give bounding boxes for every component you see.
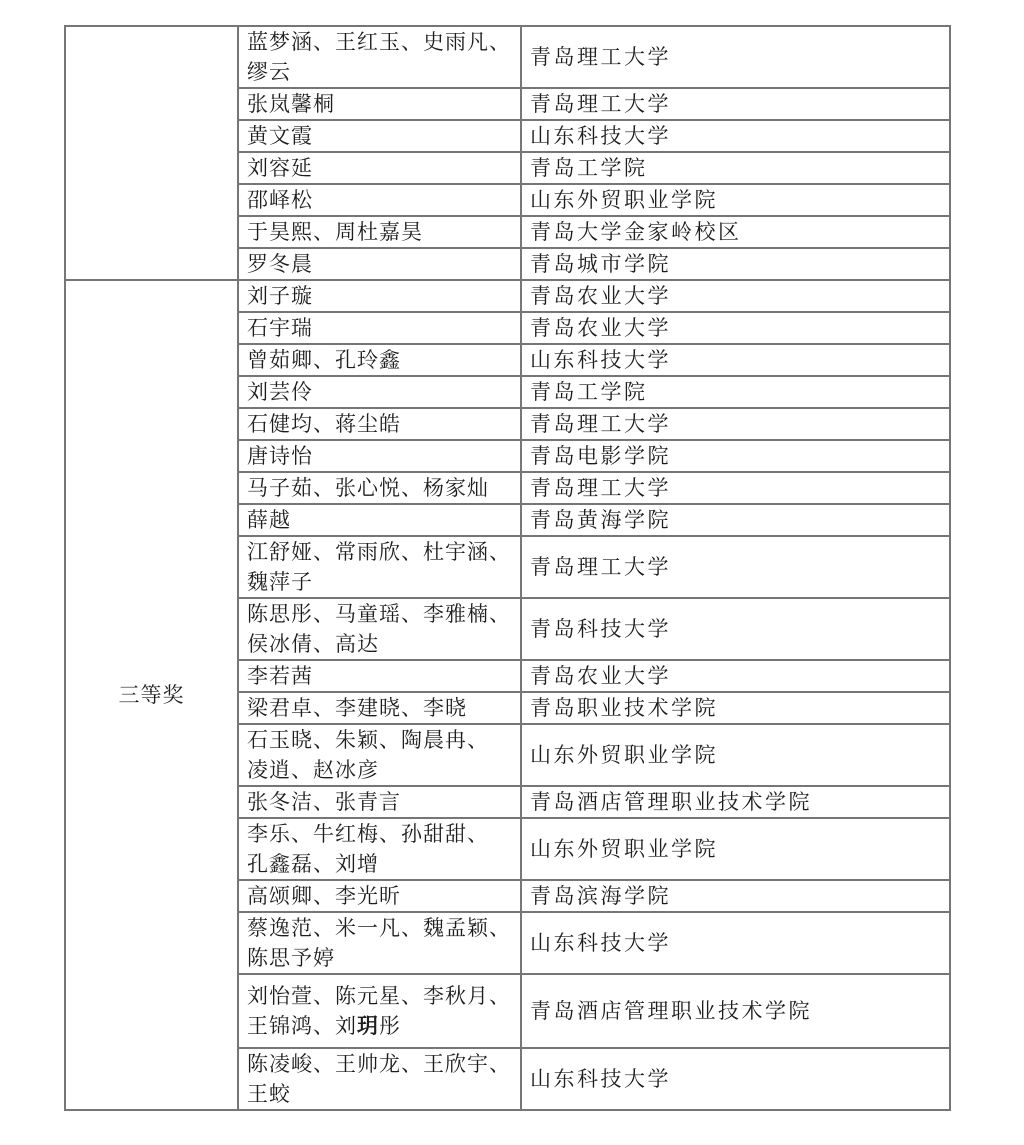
winner-names-cell: 梁君卓、李建晓、李晓 — [238, 692, 521, 724]
names-line: 梁君卓、李建晓、李晓 — [247, 696, 467, 720]
winner-names-cell: 黄文霞 — [238, 120, 521, 152]
names-line: 罗冬晨 — [247, 252, 313, 276]
school-cell: 山东外贸职业学院 — [521, 184, 950, 216]
names-line: 陈思予婷 — [247, 946, 335, 970]
winner-names-cell: 于昊熙、周杜嘉昊 — [238, 216, 521, 248]
school-cell: 青岛电影学院 — [521, 440, 950, 472]
award-level-label: 三等奖 — [119, 683, 185, 707]
names-line: 刘怡萱、陈元星、李秋月、 — [247, 984, 511, 1008]
names-line: 侯冰倩、高达 — [247, 632, 379, 656]
names-line: 孔鑫磊、刘增 — [247, 852, 379, 876]
school-cell: 青岛职业技术学院 — [521, 692, 950, 724]
school-cell: 青岛黄海学院 — [521, 504, 950, 536]
school-cell: 青岛工学院 — [521, 376, 950, 408]
winner-names-cell: 马子茹、张心悦、杨家灿 — [238, 472, 521, 504]
names-line: 于昊熙、周杜嘉昊 — [247, 220, 423, 244]
winner-names-cell: 江舒娅、常雨欣、杜宇涵、魏萍子 — [238, 536, 521, 598]
winner-names-cell: 曾茹卿、孔玲鑫 — [238, 344, 521, 376]
school-cell: 青岛城市学院 — [521, 248, 950, 280]
names-line: 缪云 — [247, 60, 291, 84]
winner-names-cell: 刘芸伶 — [238, 376, 521, 408]
names-line: 陈凌峻、王帅龙、王欣宇、 — [247, 1052, 511, 1076]
names-line: 刘容延 — [247, 156, 313, 180]
names-line: 邵峄松 — [247, 188, 313, 212]
names-line: 凌逍、赵冰彦 — [247, 758, 379, 782]
names-line: 李乐、牛红梅、孙甜甜、 — [247, 822, 489, 846]
names-line: 曾茹卿、孔玲鑫 — [247, 348, 401, 372]
winner-names-cell: 蓝梦涵、王红玉、史雨凡、缪云 — [238, 26, 521, 88]
winner-names-cell: 陈思彤、马童瑶、李雅楠、侯冰倩、高达 — [238, 598, 521, 660]
winner-names-cell: 薛越 — [238, 504, 521, 536]
winner-names-cell: 蔡逸范、米一凡、魏孟颖、陈思予婷 — [238, 912, 521, 974]
award-level-cell — [65, 26, 238, 280]
winner-names-cell: 石玉晓、朱颖、陶晨冉、凌逍、赵冰彦 — [238, 724, 521, 786]
school-cell: 青岛工学院 — [521, 152, 950, 184]
names-line: 蓝梦涵、王红玉、史雨凡、 — [247, 30, 511, 54]
winner-names-cell: 陈凌峻、王帅龙、王欣宇、王蛟 — [238, 1048, 521, 1110]
school-cell: 山东外贸职业学院 — [521, 724, 950, 786]
school-cell: 青岛农业大学 — [521, 660, 950, 692]
school-cell: 青岛农业大学 — [521, 280, 950, 312]
names-line: 石宇瑞 — [247, 316, 313, 340]
names-line: 刘子璇 — [247, 284, 313, 308]
winner-names-cell: 邵峄松 — [238, 184, 521, 216]
names-segment: 彤 — [379, 1014, 401, 1038]
school-cell: 青岛大学金家岭校区 — [521, 216, 950, 248]
table-row: 蓝梦涵、王红玉、史雨凡、缪云青岛理工大学 — [65, 26, 950, 88]
awards-table-body: 蓝梦涵、王红玉、史雨凡、缪云青岛理工大学张岚馨桐青岛理工大学黄文霞山东科技大学刘… — [65, 26, 950, 1110]
school-cell: 青岛滨海学院 — [521, 880, 950, 912]
names-line: 石健均、蒋尘皓 — [247, 412, 401, 436]
school-cell: 山东科技大学 — [521, 1048, 950, 1110]
school-cell: 青岛理工大学 — [521, 26, 950, 88]
school-cell: 青岛理工大学 — [521, 88, 950, 120]
school-cell: 青岛酒店管理职业技术学院 — [521, 974, 950, 1048]
school-cell: 青岛农业大学 — [521, 312, 950, 344]
winner-names-cell: 李乐、牛红梅、孙甜甜、孔鑫磊、刘增 — [238, 818, 521, 880]
names-line: 刘芸伶 — [247, 380, 313, 404]
names-line: 魏萍子 — [247, 570, 313, 594]
names-line: 唐诗怡 — [247, 444, 313, 468]
school-cell: 青岛理工大学 — [521, 408, 950, 440]
school-cell: 青岛理工大学 — [521, 536, 950, 598]
winner-names-cell: 高颂卿、李光昕 — [238, 880, 521, 912]
names-segment: 王锦鸿、刘 — [247, 1014, 357, 1038]
winner-names-cell: 石健均、蒋尘皓 — [238, 408, 521, 440]
school-cell: 山东科技大学 — [521, 912, 950, 974]
table-row: 三等奖刘子璇青岛农业大学 — [65, 280, 950, 312]
names-line: 陈思彤、马童瑶、李雅楠、 — [247, 602, 511, 626]
school-cell: 青岛理工大学 — [521, 472, 950, 504]
names-line: 江舒娅、常雨欣、杜宇涵、 — [247, 540, 511, 564]
names-line: 黄文霞 — [247, 124, 313, 148]
names-line: 王蛟 — [247, 1082, 291, 1106]
school-cell: 山东科技大学 — [521, 344, 950, 376]
names-line: 高颂卿、李光昕 — [247, 884, 401, 908]
school-cell: 山东外贸职业学院 — [521, 818, 950, 880]
names-line: 薛越 — [247, 508, 291, 532]
award-level-cell: 三等奖 — [65, 280, 238, 1110]
winner-names-cell: 唐诗怡 — [238, 440, 521, 472]
award-winners-table: 蓝梦涵、王红玉、史雨凡、缪云青岛理工大学张岚馨桐青岛理工大学黄文霞山东科技大学刘… — [64, 25, 951, 1111]
school-cell: 青岛科技大学 — [521, 598, 950, 660]
names-line: 张冬洁、张青言 — [247, 790, 401, 814]
winner-names-cell: 张岚馨桐 — [238, 88, 521, 120]
winner-names-cell: 刘子璇 — [238, 280, 521, 312]
winner-names-cell: 张冬洁、张青言 — [238, 786, 521, 818]
winner-names-cell: 刘容延 — [238, 152, 521, 184]
names-line: 马子茹、张心悦、杨家灿 — [247, 476, 489, 500]
winner-names-cell: 罗冬晨 — [238, 248, 521, 280]
winner-names-cell: 李若茜 — [238, 660, 521, 692]
names-line: 蔡逸范、米一凡、魏孟颖、 — [247, 916, 511, 940]
names-segment-alt-font: 玥 — [357, 1014, 379, 1038]
school-cell: 山东科技大学 — [521, 120, 950, 152]
names-line: 张岚馨桐 — [247, 92, 335, 116]
winner-names-cell: 刘怡萱、陈元星、李秋月、王锦鸿、刘玥彤 — [238, 974, 521, 1048]
document-page: 蓝梦涵、王红玉、史雨凡、缪云青岛理工大学张岚馨桐青岛理工大学黄文霞山东科技大学刘… — [0, 0, 1024, 1145]
school-cell: 青岛酒店管理职业技术学院 — [521, 786, 950, 818]
winner-names-cell: 石宇瑞 — [238, 312, 521, 344]
names-line: 石玉晓、朱颖、陶晨冉、 — [247, 728, 489, 752]
names-line: 李若茜 — [247, 664, 313, 688]
